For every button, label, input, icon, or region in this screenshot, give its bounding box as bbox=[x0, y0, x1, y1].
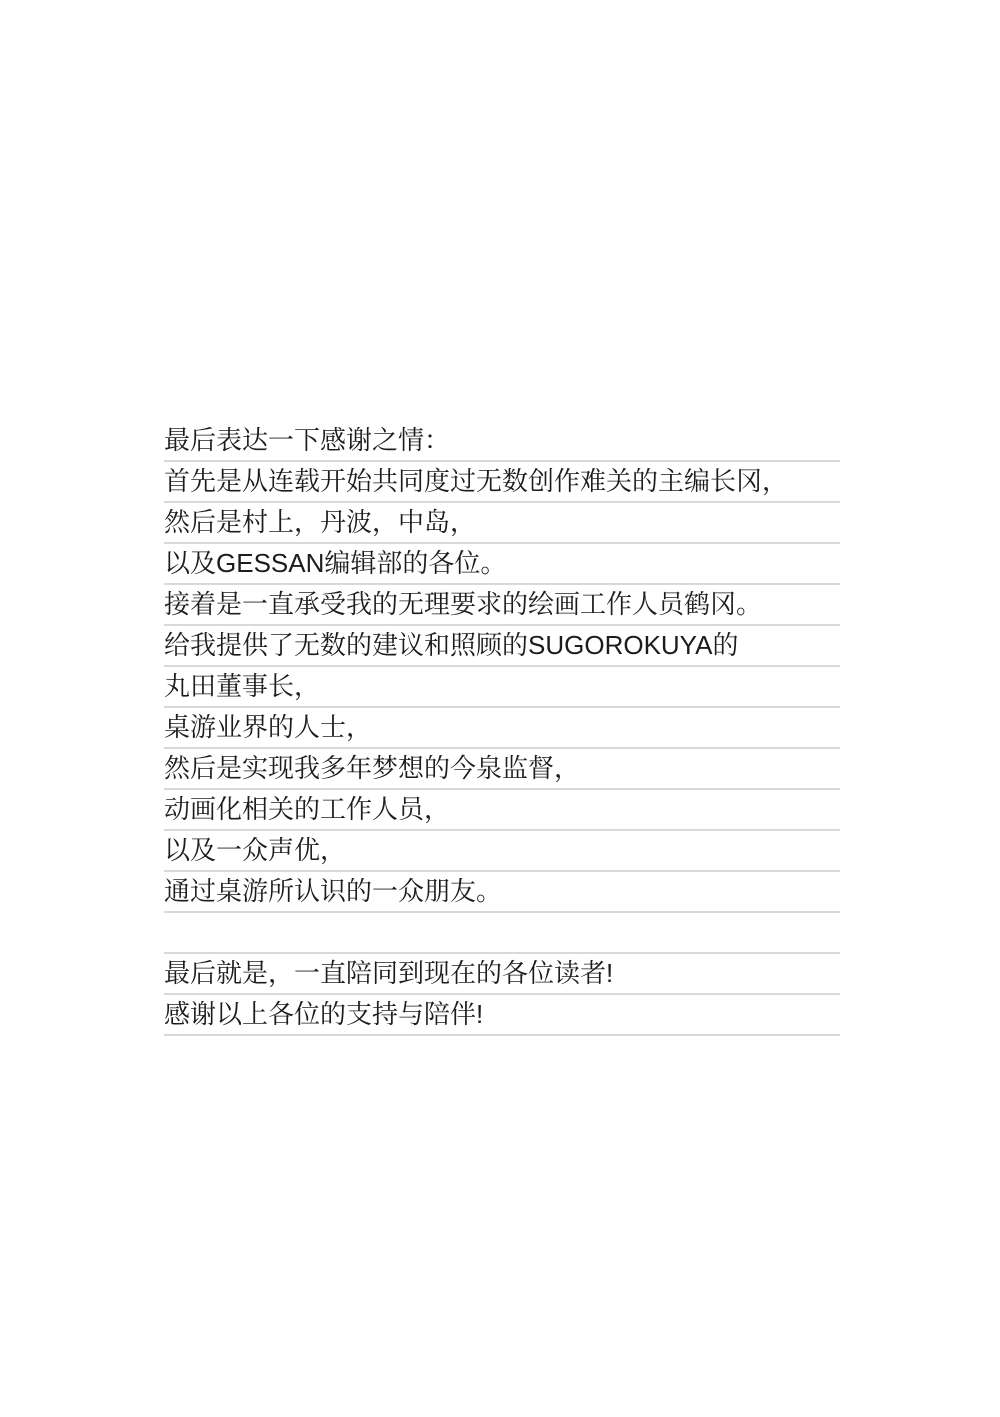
text-line-boardgame-friends: 通过桌游所认识的一众朋友。 bbox=[164, 872, 840, 913]
document-sheet: 最后表达一下感谢之情： 首先是从连载开始共同度过无数创作难关的主编长冈， 然后是… bbox=[0, 0, 1000, 1417]
text-line-sugorokuya: 给我提供了无数的建议和照顾的SUGOROKUYA的 bbox=[164, 626, 840, 667]
text-line-boardgame-people: 桌游业界的人士， bbox=[164, 708, 840, 749]
text-line-gessan-editorial: 以及GESSAN编辑部的各位。 bbox=[164, 544, 840, 585]
text-line-readers: 最后就是，一直陪同到现在的各位读者! bbox=[164, 954, 840, 995]
page: { "page": { "background": "#ffffff", "te… bbox=[0, 0, 1000, 1417]
text-line-voice-actors: 以及一众声优， bbox=[164, 831, 840, 872]
text-line-maruta-chairman: 丸田董事长， bbox=[164, 667, 840, 708]
text-line-imaizumi-director: 然后是实现我多年梦想的今泉监督， bbox=[164, 749, 840, 790]
text-line-final-thanks: 感谢以上各位的支持与陪伴! bbox=[164, 995, 840, 1036]
text-line-editors-names: 然后是村上，丹波，中岛， bbox=[164, 503, 840, 544]
text-line-chief-editor: 首先是从连载开始共同度过无数创作难关的主编长冈， bbox=[164, 462, 840, 503]
text-line-blank bbox=[164, 913, 840, 954]
text-line-anime-staff: 动画化相关的工作人员， bbox=[164, 790, 840, 831]
acknowledgements-text-block: 最后表达一下感谢之情： 首先是从连载开始共同度过无数创作难关的主编长冈， 然后是… bbox=[164, 421, 840, 1036]
text-line-art-staff: 接着是一直承受我的无理要求的绘画工作人员鹤冈。 bbox=[164, 585, 840, 626]
text-line-thanks-intro: 最后表达一下感谢之情： bbox=[164, 421, 840, 462]
